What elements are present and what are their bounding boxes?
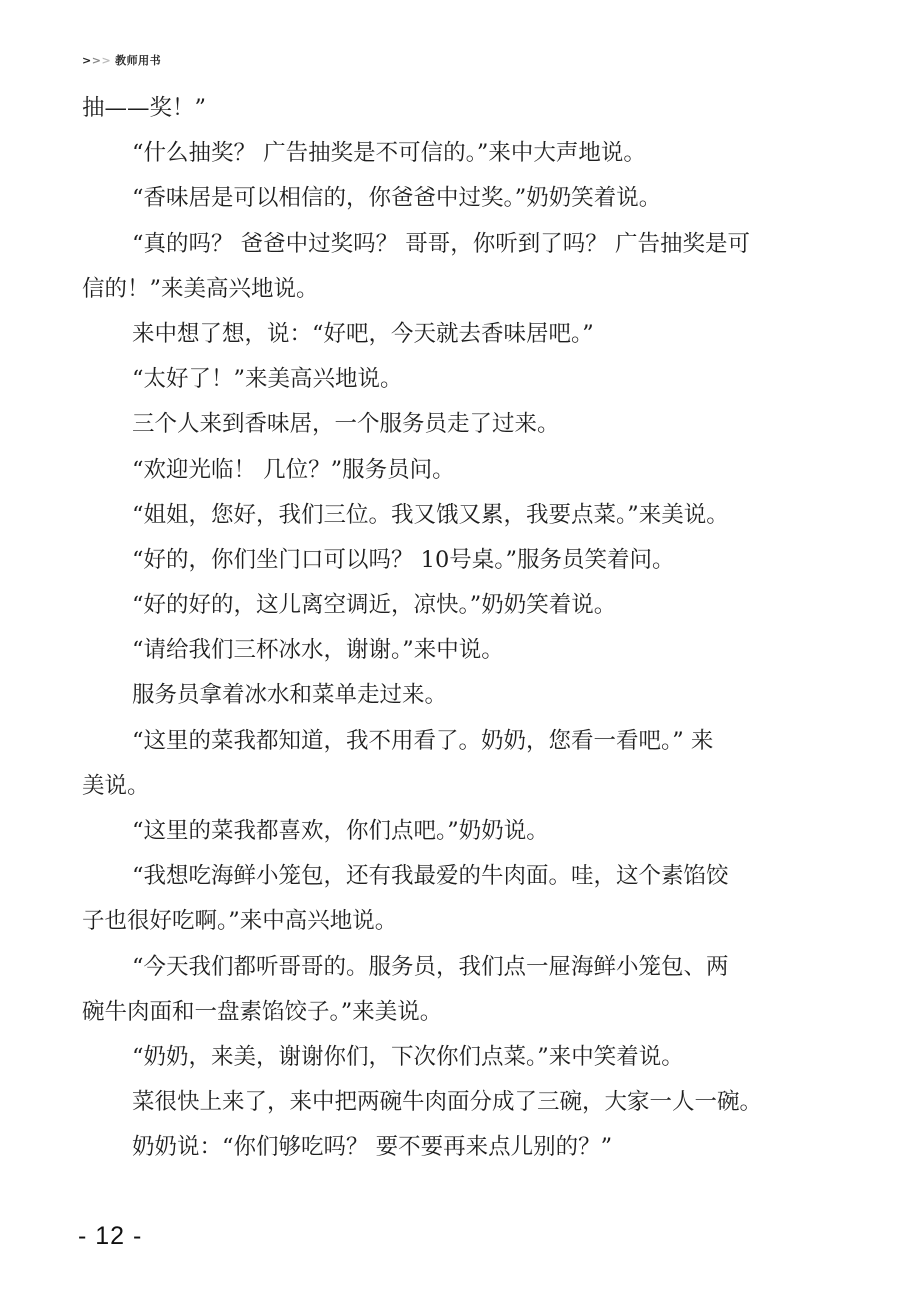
text-line: “请给我们三杯冰水，谢谢。”来中说。 bbox=[82, 628, 802, 673]
text-line: “这里的菜我都知道，我不用看了。奶奶，您看一看吧。” 来 bbox=[82, 719, 802, 764]
text-line: “好的，你们坐门口可以吗？ 10号桌。”服务员笑着问。 bbox=[82, 538, 802, 583]
text-line: “香味居是可以相信的，你爸爸中过奖。”奶奶笑着说。 bbox=[82, 176, 802, 221]
arrow-icon: > bbox=[101, 54, 111, 67]
text-line: “什么抽奖？ 广告抽奖是不可信的。”来中大声地说。 bbox=[82, 131, 802, 176]
text-line: 抽——奖！” bbox=[82, 86, 802, 131]
story-text: 抽——奖！” “什么抽奖？ 广告抽奖是不可信的。”来中大声地说。 “香味居是可以… bbox=[82, 86, 802, 1171]
text-line: “我想吃海鲜小笼包，还有我最爱的牛肉面。哇，这个素馅饺 bbox=[82, 854, 802, 899]
text-line: “姐姐，您好，我们三位。我又饿又累，我要点菜。”来美说。 bbox=[82, 493, 802, 538]
text-line: 碗牛肉面和一盘素馅饺子。”来美说。 bbox=[82, 990, 802, 1035]
text-line: “好的好的，这儿离空调近，凉快。”奶奶笑着说。 bbox=[82, 583, 802, 628]
text-line: 服务员拿着冰水和菜单走过来。 bbox=[82, 673, 802, 718]
text-line: “今天我们都听哥哥的。服务员，我们点一屉海鲜小笼包、两 bbox=[82, 945, 802, 990]
arrow-icon: > bbox=[92, 54, 102, 67]
text-line: 信的！”来美高兴地说。 bbox=[82, 267, 802, 312]
text-line: “太好了！”来美高兴地说。 bbox=[82, 357, 802, 402]
running-header: >>>教师用书 bbox=[82, 52, 161, 68]
text-line: 子也很好吃啊。”来中高兴地说。 bbox=[82, 899, 802, 944]
text-line: 菜很快上来了，来中把两碗牛肉面分成了三碗，大家一人一碗。 bbox=[82, 1080, 802, 1125]
text-line: 来中想了想，说：“好吧，今天就去香味居吧。” bbox=[82, 312, 802, 357]
text-line: “奶奶，来美，谢谢你们，下次你们点菜。”来中笑着说。 bbox=[82, 1035, 802, 1080]
text-line: 美说。 bbox=[82, 764, 802, 809]
book-page: >>>教师用书 抽——奖！” “什么抽奖？ 广告抽奖是不可信的。”来中大声地说。… bbox=[0, 0, 900, 1304]
book-title: 教师用书 bbox=[115, 54, 161, 67]
text-line: 奶奶说：“你们够吃吗？ 要不要再来点儿别的？” bbox=[82, 1125, 802, 1170]
text-line: 三个人来到香味居，一个服务员走了过来。 bbox=[82, 402, 802, 447]
text-line: “欢迎光临！ 几位？”服务员问。 bbox=[82, 448, 802, 493]
page-number: - 12 - bbox=[78, 1222, 142, 1251]
arrow-icon: > bbox=[82, 54, 92, 67]
text-line: “真的吗？ 爸爸中过奖吗？ 哥哥，你听到了吗？ 广告抽奖是可 bbox=[82, 222, 802, 267]
text-line: “这里的菜我都喜欢，你们点吧。”奶奶说。 bbox=[82, 809, 802, 854]
